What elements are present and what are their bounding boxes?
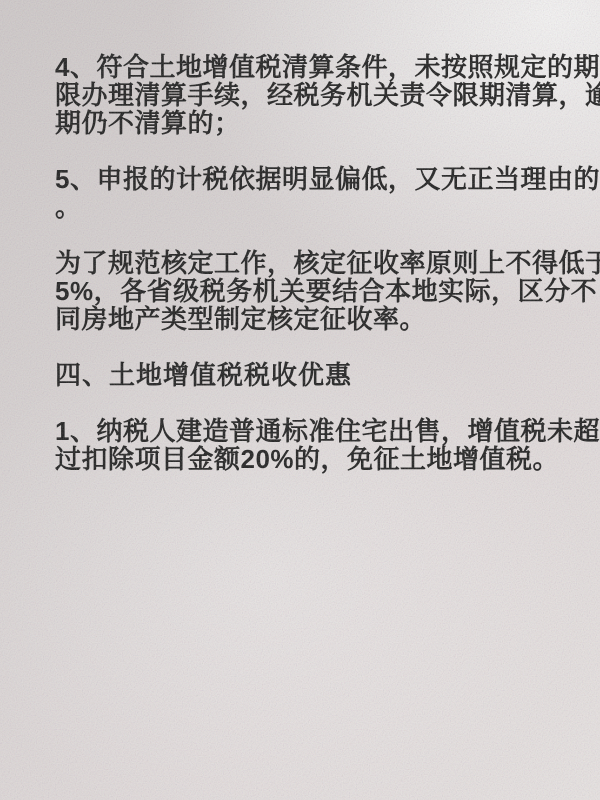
document-content: 4、符合土地增值税清算条件，未按照规定的期 限办理清算手续，经税务机关责令限期清…: [0, 0, 600, 501]
document-page: 4、符合土地增值税清算条件，未按照规定的期 限办理清算手续，经税务机关责令限期清…: [0, 0, 600, 800]
text-line: 为了规范核定工作，核定征收率原则上不得低于: [55, 249, 555, 277]
paragraph-note: 为了规范核定工作，核定征收率原则上不得低于 5%，各省级税务机关要结合本地实际，…: [55, 249, 555, 333]
heading-line: 四、土地增值税税收优惠: [55, 361, 555, 389]
paragraph-clause-4: 4、符合土地增值税清算条件，未按照规定的期 限办理清算手续，经税务机关责令限期清…: [55, 53, 555, 137]
text-line: 同房地产类型制定核定征收率。: [55, 305, 555, 333]
text-line: 5、申报的计税依据明显偏低，又无正当理由的: [55, 165, 555, 193]
paragraph-clause-5: 5、申报的计税依据明显偏低，又无正当理由的 。: [55, 165, 555, 221]
text-line: 过扣除项目金额20%的，免征土地增值税。: [55, 445, 555, 473]
text-line: 5%，各省级税务机关要结合本地实际，区分不: [55, 277, 555, 305]
section-heading: 四、土地增值税税收优惠: [55, 361, 555, 389]
text-line: 。: [55, 193, 555, 221]
text-line: 限办理清算手续，经税务机关责令限期清算，逾: [55, 81, 555, 109]
text-line: 1、纳税人建造普通标准住宅出售，增值税未超: [55, 417, 555, 445]
text-line: 4、符合土地增值税清算条件，未按照规定的期: [55, 53, 555, 81]
paragraph-clause-1: 1、纳税人建造普通标准住宅出售，增值税未超 过扣除项目金额20%的，免征土地增值…: [55, 417, 555, 473]
text-line: 期仍不清算的；: [55, 109, 555, 137]
